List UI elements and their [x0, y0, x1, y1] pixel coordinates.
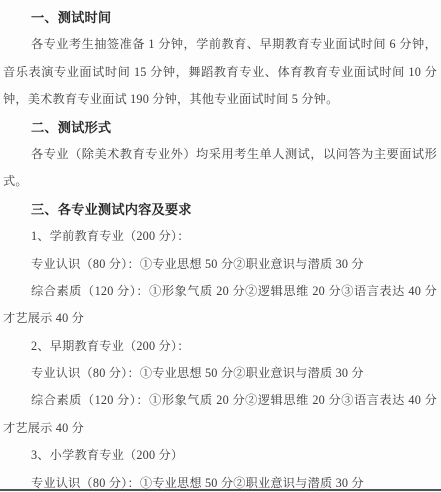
- paragraph-line: 各专业（除美术教育专业外）均采用考生单人测试，以问答为主要面试形: [3, 141, 437, 168]
- section-heading-test-content: 三、各专业测试内容及要求: [3, 196, 437, 223]
- paragraph-line: 才艺展示 40 分: [3, 305, 437, 332]
- paragraph-line: 式。: [3, 168, 437, 195]
- paragraph-line: 专业认识（80 分）：①专业思想 50 分②职业意识与潜质 30 分: [3, 251, 437, 278]
- paragraph-line: 综合素质（120 分）：①形象气质 20 分②逻辑思维 20 分③语言表达 40…: [3, 387, 437, 414]
- paragraph-line: 各专业考生抽签准备 1 分钟，学前教育、早期教育专业面试时间 6 分钟，: [3, 31, 437, 58]
- paragraph-line: 音乐表演专业面试时间 15 分钟，舞蹈教育专业、体育教育专业面试时间 10 分: [3, 59, 437, 86]
- paragraph-line: 专业认识（80 分）：①专业思想 50 分②职业意识与潜质 30 分: [3, 360, 437, 387]
- page-bottom-rule: [0, 489, 441, 491]
- paragraph-line: 钟，美术教育专业面试 190 分钟，其他专业面试时间 5 分钟。: [3, 86, 437, 113]
- paragraph-line: 综合素质（120 分）：①形象气质 20 分②逻辑思维 20 分③语言表达 40…: [3, 278, 437, 305]
- section-heading-test-time: 一、测试时间: [3, 4, 437, 31]
- list-item-early-edu-major: 2、早期教育专业（200 分）：: [3, 333, 437, 360]
- paragraph-line: 才艺展示 40 分: [3, 415, 437, 442]
- section-heading-test-format: 二、测试形式: [3, 114, 437, 141]
- list-item-preschool-major: 1、学前教育专业（200 分）：: [3, 223, 437, 250]
- document-body: 一、测试时间 各专业考生抽签准备 1 分钟，学前教育、早期教育专业面试时间 6 …: [3, 4, 437, 492]
- document-page: 一、测试时间 各专业考生抽签准备 1 分钟，学前教育、早期教育专业面试时间 6 …: [0, 0, 441, 492]
- list-item-primary-edu-major: 3、小学教育专业（200 分）: [3, 442, 437, 469]
